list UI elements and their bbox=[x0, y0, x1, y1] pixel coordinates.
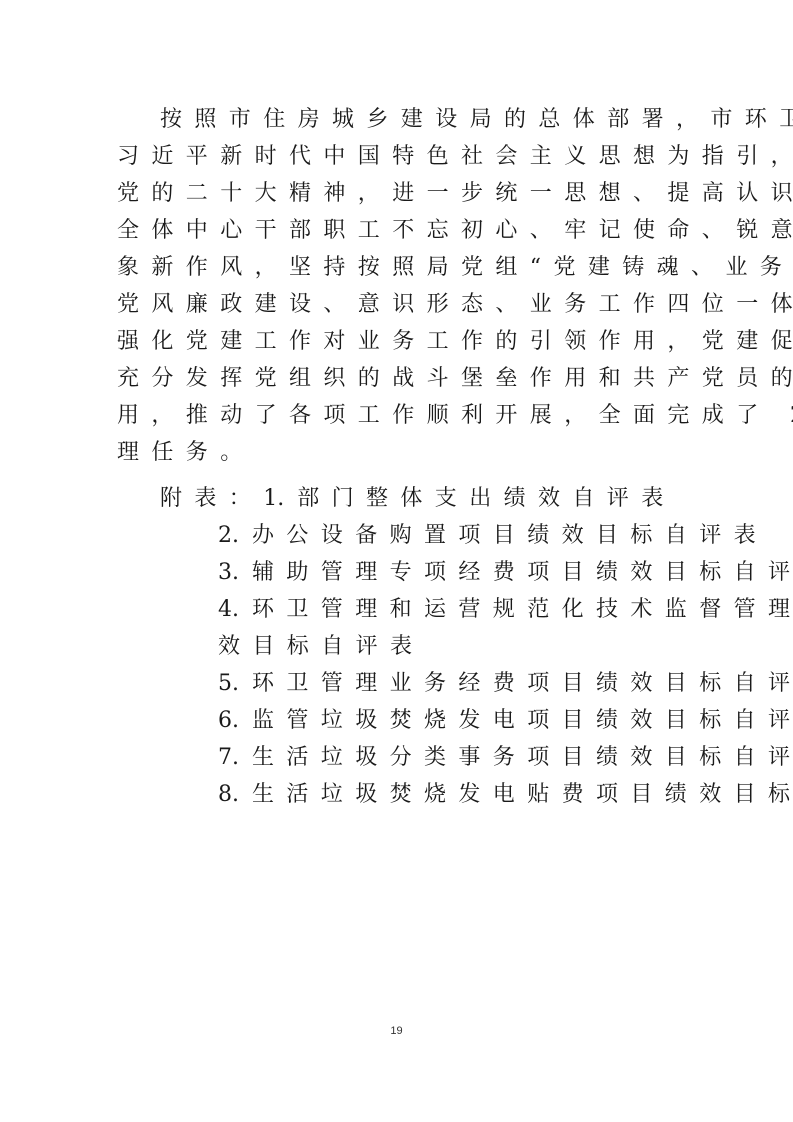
paragraph-line: 习近平新时代中国特色社会主义思想为指引，认真学习贯彻 bbox=[117, 144, 793, 170]
paragraph-line: 按照市住房城乡建设局的总体部署，市环卫事务中心以 bbox=[160, 107, 793, 133]
attachment-title: 环卫管理业务经费项目绩效目标自评表 bbox=[252, 671, 793, 696]
attachment-title: 监管垃圾焚烧发电项目绩效目标自评表 bbox=[252, 708, 793, 733]
document-page: 按照市住房城乡建设局的总体部署，市环卫事务中心以 习近平新时代中国特色社会主义思… bbox=[0, 0, 793, 1122]
attachment-item: 8.生活垃圾焚烧发电贴费项目绩效目标自评表 bbox=[218, 782, 793, 808]
attachment-number: 3. bbox=[218, 560, 252, 586]
paragraph-line: 党风廉政建设、意识形态、业务工作四位一体的工作思路， bbox=[117, 292, 793, 318]
attachment-item-continuation: 效目标自评表 bbox=[218, 634, 424, 660]
attachment-number: 6. bbox=[218, 708, 252, 734]
paragraph-line: 强化党建工作对业务工作的引领作用，党建促业务指导思想， bbox=[117, 329, 793, 355]
attachments-label: 附表： bbox=[160, 486, 263, 511]
attachment-title: 生活垃圾分类事务项目绩效目标自评表 bbox=[252, 745, 793, 770]
attachment-item: 附表：1.部门整体支出绩效自评表 bbox=[160, 486, 676, 512]
paragraph-line: 全体中心干部职工不忘初心、牢记使命、锐意进取，以新气 bbox=[117, 218, 793, 244]
attachment-title: 部门整体支出绩效自评表 bbox=[297, 486, 675, 511]
attachment-item: 7.生活垃圾分类事务项目绩效目标自评表 bbox=[218, 745, 793, 771]
attachment-title: 生活垃圾焚烧发电贴费项目绩效目标自评表 bbox=[252, 782, 793, 807]
attachment-item: 2.办公设备购置项目绩效目标自评表 bbox=[218, 523, 768, 549]
attachment-number: 2. bbox=[218, 523, 252, 549]
paragraph-line: 理任务。 bbox=[117, 440, 255, 466]
attachment-item: 4.环卫管理和运营规范化技术监督管理项目绩 bbox=[218, 597, 793, 623]
paragraph-line: 象新作风，坚持按照局党组“党建铸魂、业务出彩”及党建、 bbox=[117, 255, 793, 281]
attachment-number: 8. bbox=[218, 782, 252, 808]
attachment-item: 6.监管垃圾焚烧发电项目绩效目标自评表 bbox=[218, 708, 793, 734]
attachment-title: 办公设备购置项目绩效目标自评表 bbox=[252, 523, 768, 548]
attachment-number: 7. bbox=[218, 745, 252, 771]
attachment-number: 5. bbox=[218, 671, 252, 697]
attachment-item: 3.辅助管理专项经费项目绩效目标自评表 bbox=[218, 560, 793, 586]
attachment-number: 1. bbox=[263, 486, 297, 512]
paragraph-line: 党的二十大精神，进一步统一思想、提高认识、明确任务， bbox=[117, 181, 793, 207]
page-number: 19 bbox=[0, 1025, 793, 1037]
paragraph-line: 用，推动了各项工作顺利开展，全面完成了 2022 年绩效管 bbox=[117, 403, 793, 429]
paragraph-line: 充分发挥党组织的战斗堡垒作用和共产党员的先锋模范作 bbox=[117, 366, 793, 392]
attachment-number: 4. bbox=[218, 597, 252, 623]
attachment-item: 5.环卫管理业务经费项目绩效目标自评表 bbox=[218, 671, 793, 697]
attachment-title: 环卫管理和运营规范化技术监督管理项目绩 bbox=[252, 597, 793, 622]
attachment-title: 辅助管理专项经费项目绩效目标自评表 bbox=[252, 560, 793, 585]
